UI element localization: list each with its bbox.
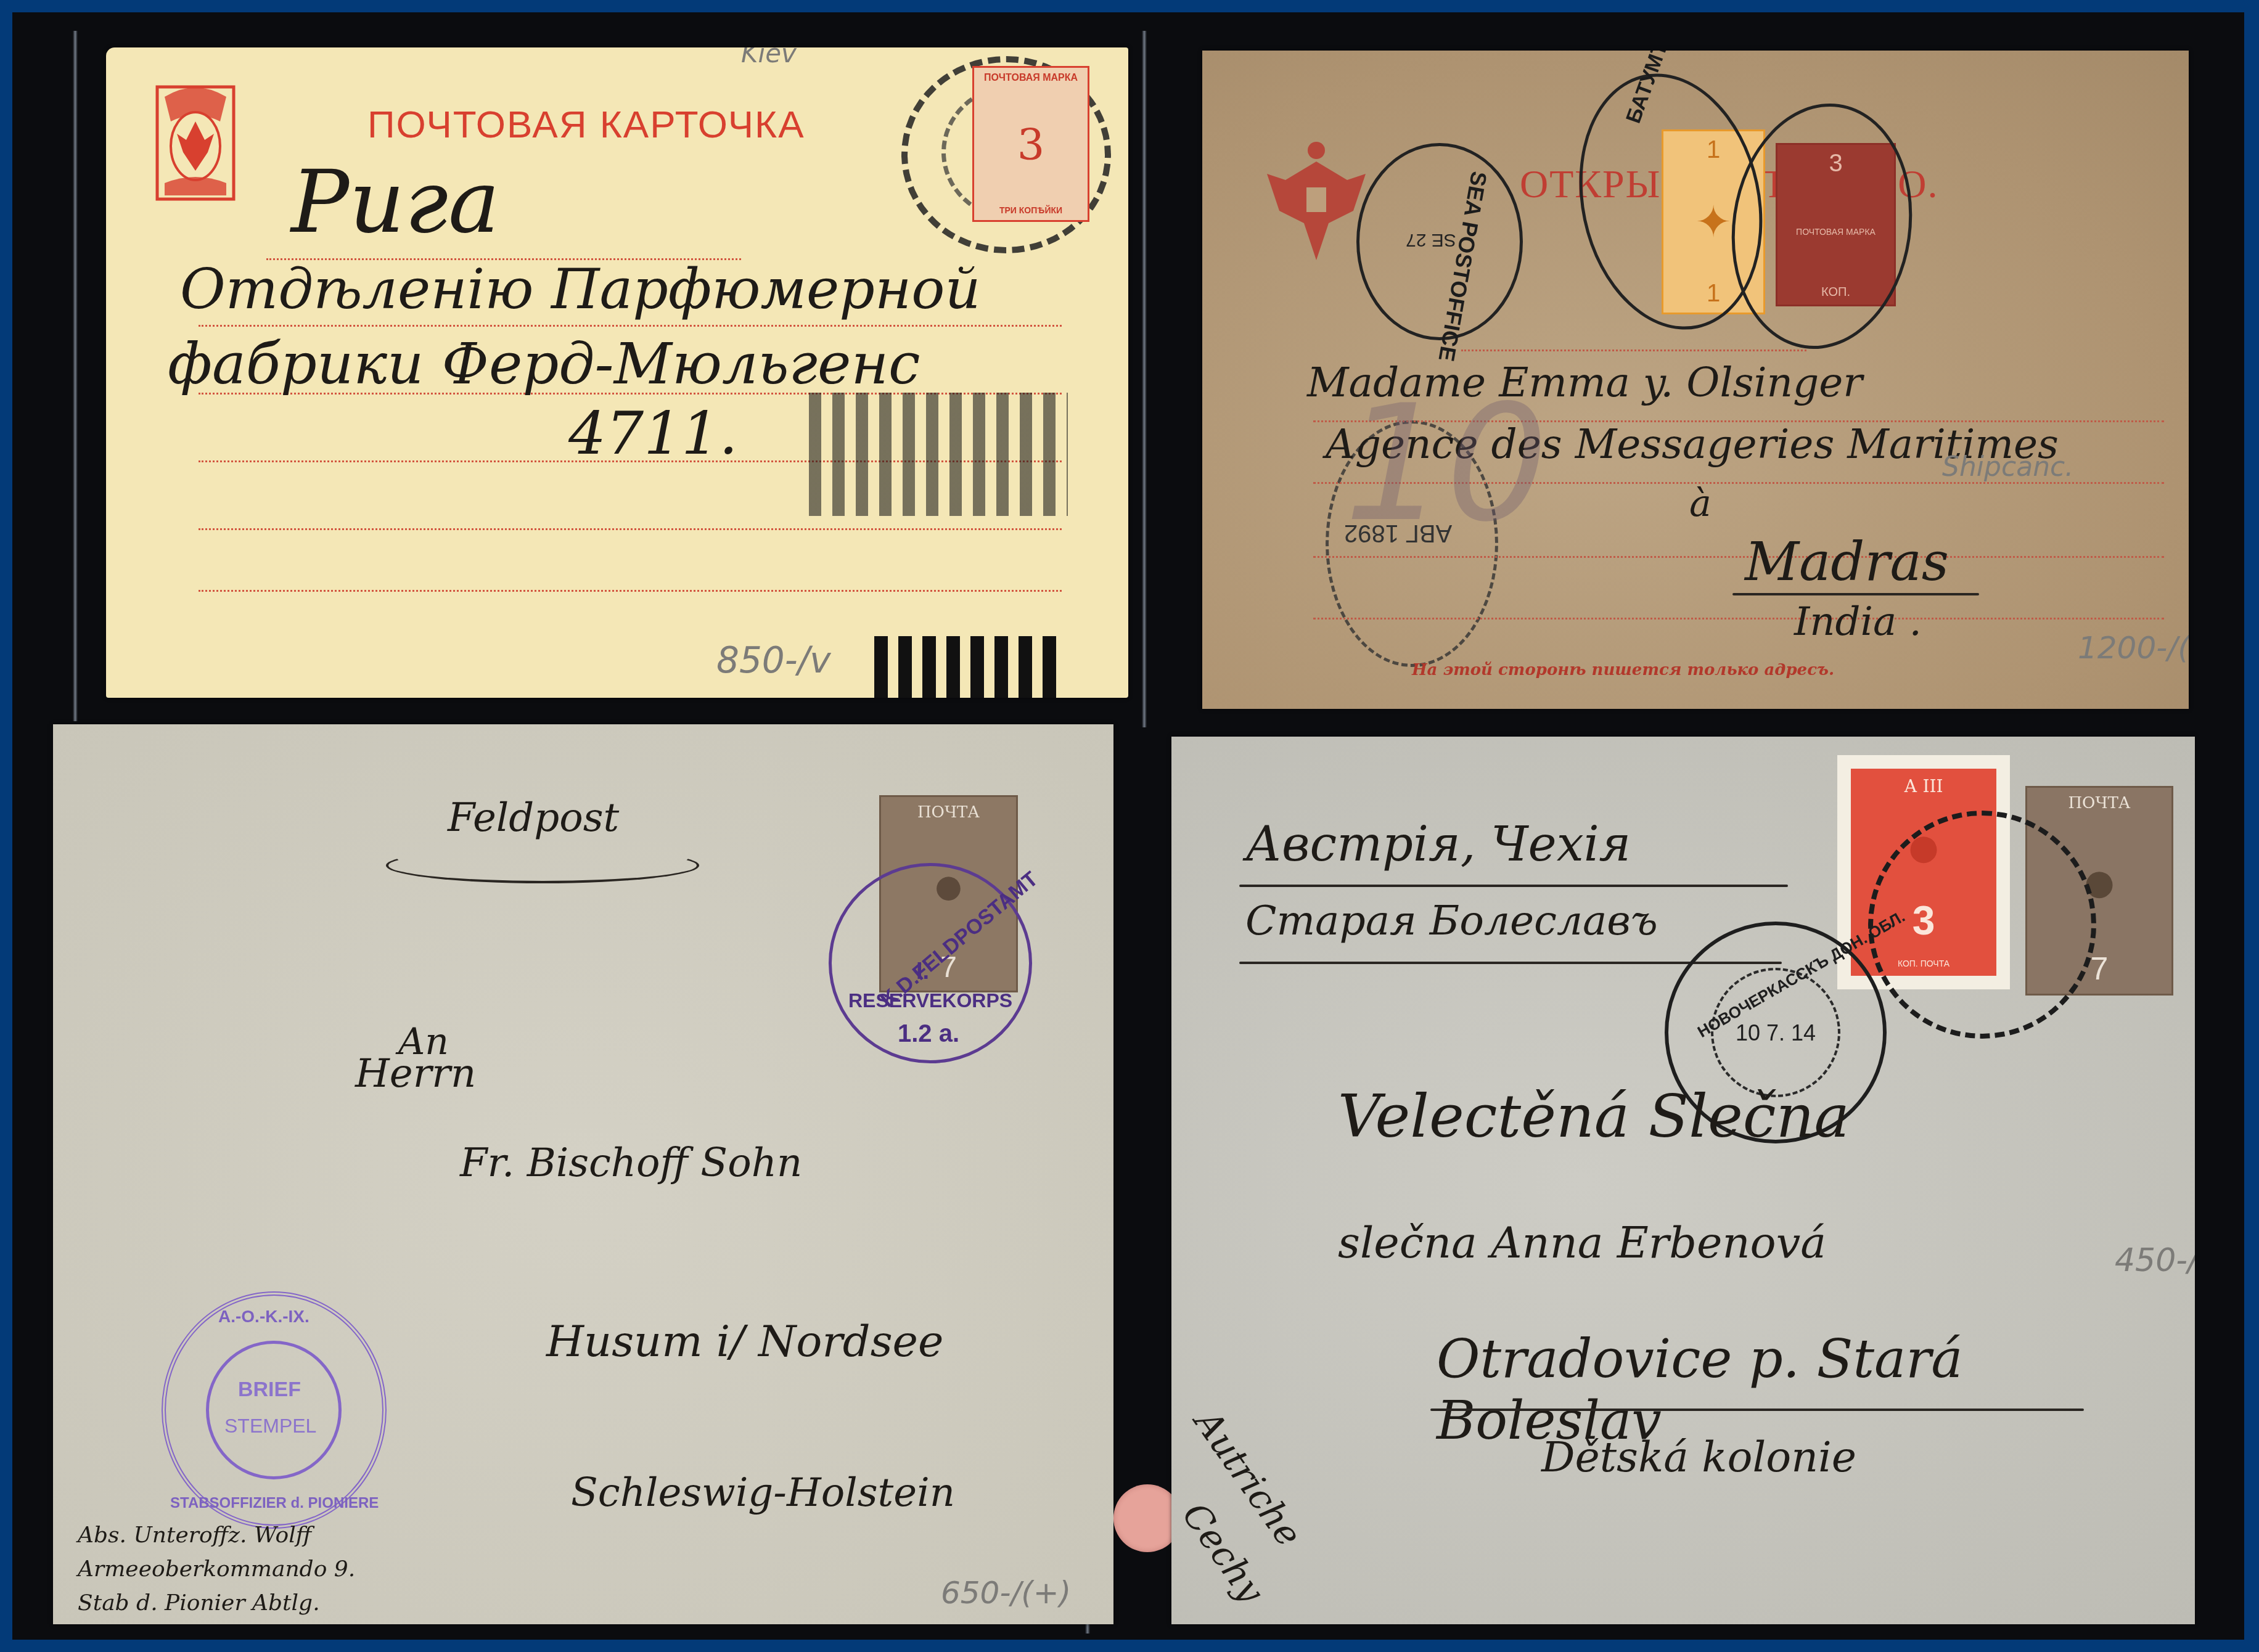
pencil-note-shipcanc: Shipcanc. <box>1942 451 2073 483</box>
address-line <box>1313 618 2164 619</box>
seal-ring-text: STABSOFFIZIER d. PIONIERE <box>170 1495 379 1512</box>
stamp-label: ПОЧТА <box>2068 794 2130 812</box>
postmark-line-1: I. <box>916 959 929 985</box>
sender-line-1: Abs. Unteroffz. Wolff <box>78 1523 311 1548</box>
address-region: Schleswig-Holstein <box>571 1470 955 1516</box>
address-city: Рига <box>291 152 500 253</box>
printed-footer: На этой сторонѣ пишется только адресъ. <box>1412 661 1834 679</box>
cancel-bar <box>1019 636 1032 698</box>
pencil-price: 1200-/(+) <box>2078 630 2189 666</box>
cancel-bar <box>1043 636 1056 698</box>
envelope-novocherkassk: Австрія, Чехія Старая Болеславъ А III ● … <box>1171 737 2195 1624</box>
address-country: Австрія, Чехія <box>1245 817 1631 872</box>
cancel-bar <box>970 636 984 698</box>
address-line <box>1461 350 1806 351</box>
sleeve-edge <box>73 31 78 721</box>
address-underline <box>1239 885 1788 887</box>
address-country: India . <box>1794 599 1922 645</box>
address-city: Husum i/ Nordsee <box>546 1316 943 1367</box>
seal-inner-ring <box>206 1341 342 1479</box>
sleeve-edge <box>1142 31 1147 727</box>
pencil-price: 850-/v <box>716 639 831 681</box>
address-number: 4711. <box>568 399 738 468</box>
address-herrn: Herrn <box>355 1051 476 1097</box>
sender-line-2: Armeeoberkommando 9. <box>78 1556 355 1582</box>
seal-top-text: A.-O.-K.-IX. <box>218 1307 310 1327</box>
cancel-bar <box>922 636 936 698</box>
seal-inner-line-2: STEMPEL <box>224 1415 316 1437</box>
cancel-bar <box>874 636 888 698</box>
stamp-value: 7 <box>2091 951 2109 988</box>
header-feldpost: Feldpost <box>448 795 619 841</box>
address-line <box>199 590 1062 592</box>
address-city-ru: Старая Болеславъ <box>1245 897 1658 944</box>
stamp-label: ПОЧТОВАЯ МАРКА <box>984 73 1078 84</box>
address-line <box>199 325 1062 327</box>
address-name: slečna Anna Erbenová <box>1338 1217 1826 1268</box>
stamp-bottom: ТРИ КОПѢЙКИ <box>999 205 1062 215</box>
town-underline <box>1430 1409 2084 1411</box>
postmark-line-2: RESERVEKORPS <box>848 989 1012 1012</box>
stamp-3-kopeks: ПОЧТОВАЯ МАРКА 3 ТРИ КОПѢЙКИ <box>972 66 1089 222</box>
postmark-date: 10 7. 14 <box>1736 1020 1816 1046</box>
obliterator-bars <box>809 393 1068 516</box>
city-underline <box>1732 593 1979 595</box>
cancel-bar <box>898 636 912 698</box>
address-salutation: Velectěná Slečna <box>1338 1082 1850 1151</box>
stamp-monogram: А III <box>1904 776 1943 796</box>
coat-of-arms-icon <box>152 84 239 202</box>
address-line-2: Отдѣленію Парфюмерной <box>180 257 980 322</box>
printed-title: ПОЧТОВАЯ КАРТОЧКА <box>367 103 805 147</box>
envelope-feldpost: Feldpost ПОЧТА ● 7 K.D.FELDPOSTAMT I. RE… <box>53 724 1113 1624</box>
postmark-date: SE 27 <box>1406 229 1456 250</box>
cancel-bar <box>946 636 960 698</box>
pencil-large-10: 10 <box>1344 371 1548 557</box>
postal-card-kiev: ПОЧТОВАЯ КАРТОЧКА Kiev ПОЧТОВАЯ МАРКА 3 … <box>106 47 1128 698</box>
postmark-date: 1.2 a. <box>898 1020 959 1048</box>
address-city: Madras <box>1745 531 1949 593</box>
address-name: Fr. Bischoff Sohn <box>460 1140 802 1186</box>
address-a: à <box>1689 482 1712 525</box>
stamp-value: 3 <box>1017 120 1045 170</box>
pencil-price: 650-/(+) <box>941 1575 1071 1611</box>
pencil-note-kiev: Kiev <box>741 47 797 68</box>
double-eagle-icon <box>1261 137 1372 269</box>
pencil-price: 450-/(+) <box>2115 1242 2195 1279</box>
sender-line-3: Stab d. Pionier Abtlg. <box>78 1590 320 1616</box>
seal-inner-line-1: BRIEF <box>238 1378 301 1402</box>
stamp-label: ПОЧТА <box>917 803 980 822</box>
flourish-underline <box>386 848 699 883</box>
address-colony: Dětská kolonie <box>1541 1433 1856 1482</box>
cancel-bar <box>994 636 1008 698</box>
postal-card-madras: ОТКРЫТОЕ ПИСЬМО. 1 ✦ 1 3 ПОЧТОВАЯ МАРКА … <box>1202 51 2189 709</box>
address-line <box>199 528 1062 530</box>
address-line-3: фабрики Ферд-Мюльгенс <box>168 331 920 397</box>
